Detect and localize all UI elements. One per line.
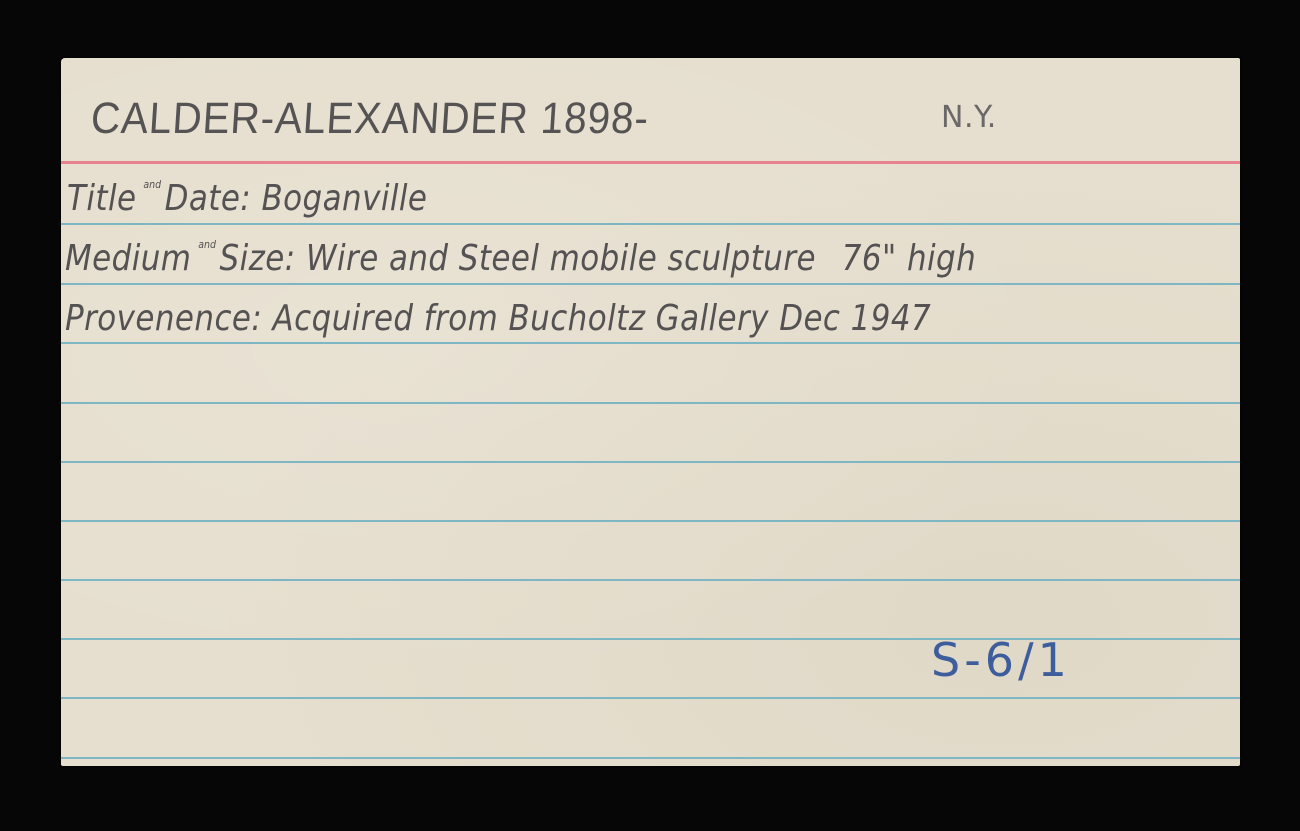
title-and-superscript: and [143, 178, 161, 191]
medium-label: Medium [65, 238, 191, 279]
provenance-label: Provenence: [65, 298, 262, 339]
location-initials: N.Y. [941, 100, 997, 135]
artist-heading: CALDER-ALEXANDER 1898- [89, 94, 650, 144]
size-value: 76" high [842, 238, 976, 279]
medium-value: Wire and Steel mobile sculpture [306, 238, 816, 279]
ruled-line [61, 697, 1240, 699]
ruled-line [61, 402, 1240, 404]
ruled-line [61, 757, 1240, 759]
date-label: Date: [165, 178, 252, 219]
title-value: Boganville [261, 178, 427, 219]
ruled-line [61, 223, 1240, 225]
provenance-value: Acquired from Bucholtz Gallery Dec 1947 [273, 298, 932, 339]
index-card: CALDER-ALEXANDER 1898- N.Y. TitleandDate… [61, 58, 1240, 766]
title-date-row: TitleandDate:Boganville [67, 178, 427, 219]
size-label: Size: [220, 238, 296, 279]
ruled-line [61, 461, 1240, 463]
ruled-line [61, 579, 1240, 581]
provenance-row: Provenence:Acquired from Bucholtz Galler… [65, 298, 931, 339]
scan-backdrop: CALDER-ALEXANDER 1898- N.Y. TitleandDate… [0, 0, 1300, 831]
catalog-number: S-6/1 [931, 633, 1071, 687]
header-red-rule [61, 161, 1240, 164]
medium-and-superscript: and [198, 238, 216, 251]
medium-size-row: MediumandSize:Wire and Steel mobile scul… [65, 238, 976, 279]
ruled-line [61, 520, 1240, 522]
title-label: Title [67, 178, 136, 219]
ruled-line [61, 283, 1240, 285]
ruled-line [61, 342, 1240, 344]
